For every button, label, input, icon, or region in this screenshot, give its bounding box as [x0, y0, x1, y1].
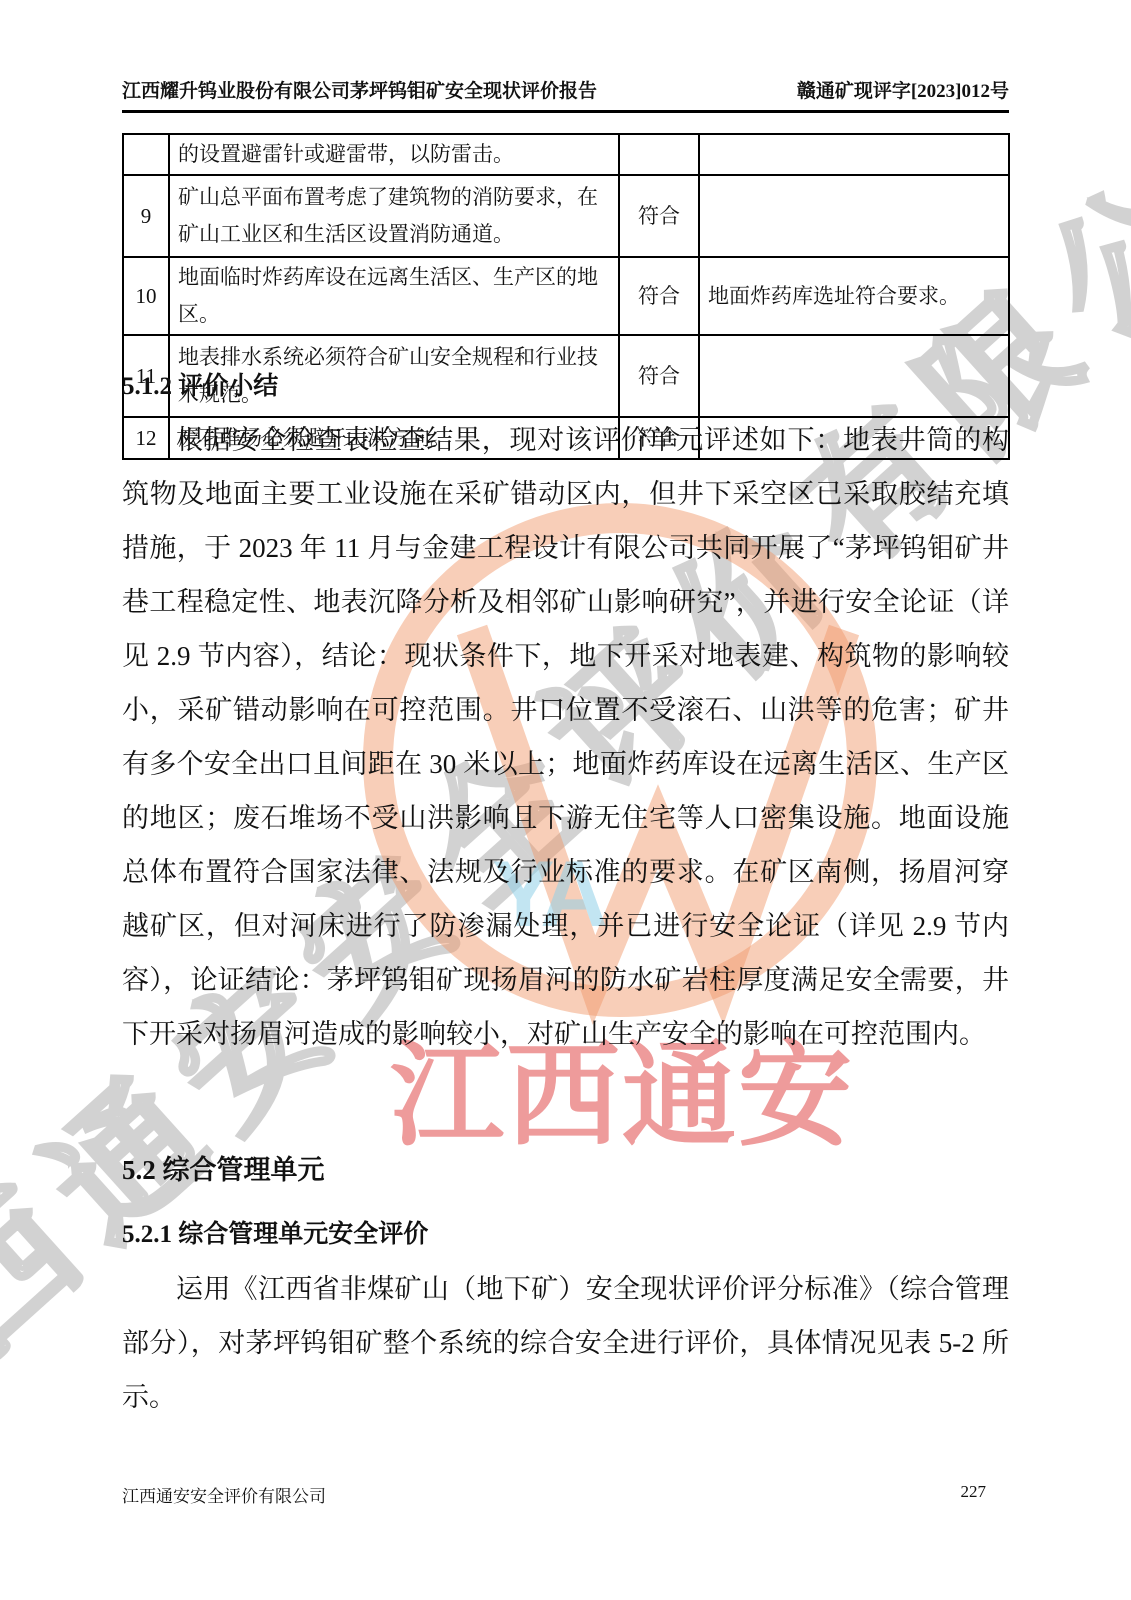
check-item-cell: 矿山总平面布置考虑了建筑物的消防要求，在矿山工业区和生活区设置消防通道。 — [169, 175, 619, 257]
result-cell: 符合 — [619, 335, 699, 417]
row-number-cell: 9 — [123, 175, 169, 257]
table-row: 的设置避雷针或避雷带，以防雷击。 — [123, 134, 1009, 175]
remark-cell: 地面炸药库选址符合要求。 — [699, 257, 1009, 335]
section-paragraph-512: 根据安全检查表检查结果，现对该评价单元评述如下：地表井筒的构筑物及地面主要工业设… — [122, 413, 1009, 1061]
table-row: 9 矿山总平面布置考虑了建筑物的消防要求，在矿山工业区和生活区设置消防通道。 符… — [123, 175, 1009, 257]
safety-checklist-table: 的设置避雷针或避雷带，以防雷击。 9 矿山总平面布置考虑了建筑物的消防要求，在矿… — [122, 133, 1010, 460]
section-heading-52: 5.2 综合管理单元 — [122, 1148, 325, 1187]
section-heading-512: 5.1.2 评价小结 — [122, 366, 278, 402]
remark-cell — [699, 335, 1009, 417]
section-paragraph-521: 运用《江西省非煤矿山（地下矿）安全现状评价评分标准》（综合管理部分），对茅坪钨钼… — [122, 1262, 1009, 1424]
result-cell: 符合 — [619, 257, 699, 335]
result-cell — [619, 134, 699, 175]
report-title: 江西耀升钨业股份有限公司茅坪钨钼矿安全现状评价报告 — [122, 76, 597, 103]
remark-cell — [699, 134, 1009, 175]
page: 江西耀升钨业股份有限公司茅坪钨钼矿安全现状评价报告 赣通矿现评字[2023]01… — [0, 0, 1131, 1600]
check-item-cell: 地面临时炸药库设在远离生活区、生产区的地区。 — [169, 257, 619, 335]
page-number: 227 — [961, 1482, 987, 1502]
result-cell: 符合 — [619, 175, 699, 257]
check-item-cell: 的设置避雷针或避雷带，以防雷击。 — [169, 134, 619, 175]
table-row: 10 地面临时炸药库设在远离生活区、生产区的地区。 符合 地面炸药库选址符合要求… — [123, 257, 1009, 335]
section-heading-521: 5.2.1 综合管理单元安全评价 — [122, 1214, 428, 1250]
header-rule — [122, 110, 1009, 113]
document-number: 赣通矿现评字[2023]012号 — [797, 76, 1009, 103]
row-number-cell: 10 — [123, 257, 169, 335]
remark-cell — [699, 175, 1009, 257]
row-number-cell — [123, 134, 169, 175]
footer-company: 江西通安安全评价有限公司 — [122, 1482, 326, 1507]
